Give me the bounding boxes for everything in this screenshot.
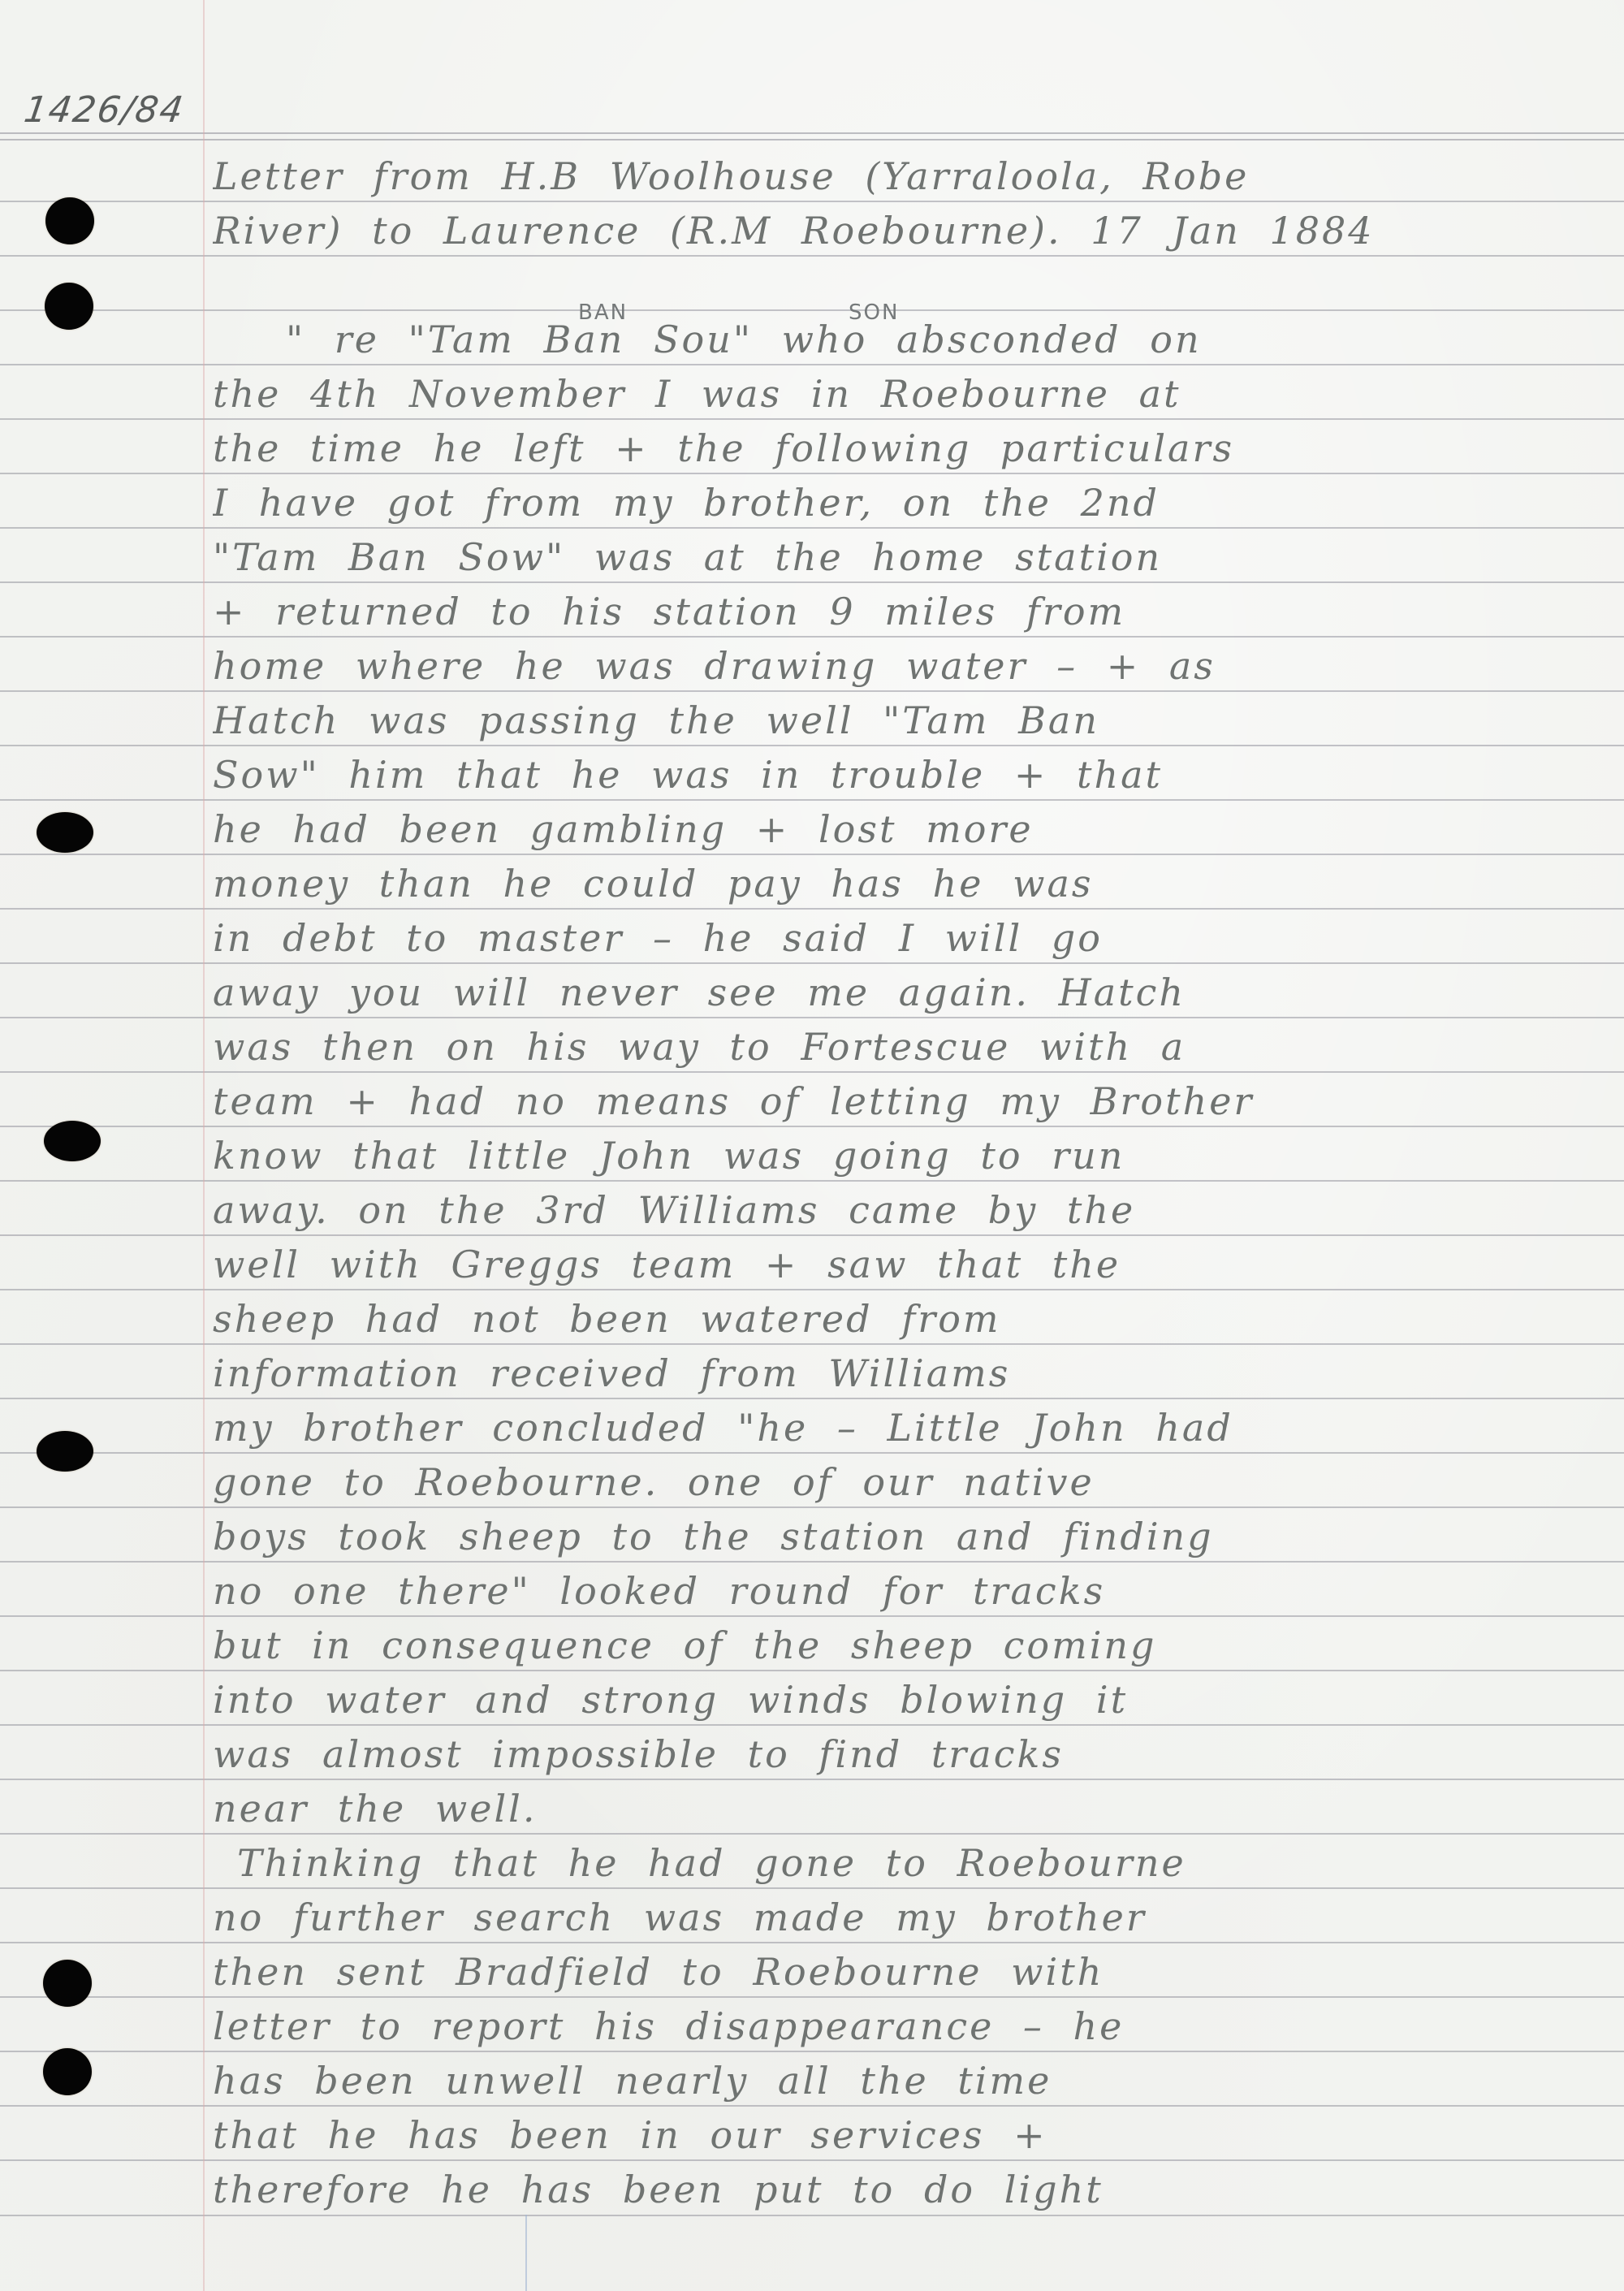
body-line: then sent Bradfield to Roebourne with	[213, 1946, 1618, 1998]
punch-hole	[45, 283, 93, 330]
punch-hole	[37, 812, 93, 853]
handwritten-letter-page: 1426/84 Letter from H.B Woolhouse (Yarra…	[0, 0, 1624, 2291]
body-line: know that little John was going to run	[213, 1130, 1618, 1182]
letter-header-line-2: River) to Laurence (R.M Roebourne). 17 J…	[213, 205, 1618, 257]
rule-line	[0, 309, 1624, 311]
body-line: therefore he has been put to do light	[213, 2163, 1618, 2215]
body-line: no one there" looked round for tracks	[213, 1565, 1618, 1617]
body-line: team + had no means of letting my Brothe…	[213, 1075, 1618, 1127]
punch-hole	[37, 1431, 93, 1472]
header-rule-top	[0, 132, 1624, 134]
body-line: "Tam Ban Sow" was at the home station	[213, 531, 1618, 583]
body-line: away. on the 3rd Williams came by the	[213, 1184, 1618, 1236]
archive-reference-number: 1426/84	[21, 89, 187, 131]
punch-hole	[44, 1121, 101, 1161]
body-line: I have got from my brother, on the 2nd	[213, 477, 1618, 529]
letter-header-line-1: Letter from H.B Woolhouse (Yarraloola, R…	[213, 150, 1618, 202]
body-line: the time he left + the following particu…	[213, 422, 1618, 474]
body-line: letter to report his disappearance – he	[213, 2000, 1618, 2052]
left-margin-line	[203, 0, 205, 2291]
body-line: he had been gambling + lost more	[213, 803, 1618, 855]
body-line: boys took sheep to the station and findi…	[213, 1511, 1618, 1563]
body-line: into water and strong winds blowing it	[213, 1674, 1618, 1726]
body-line: Hatch was passing the well "Tam Ban	[213, 694, 1618, 746]
header-rule-bottom	[0, 139, 1624, 140]
body-line: was then on his way to Fortescue with a	[213, 1021, 1618, 1073]
body-line: sheep had not been watered from	[213, 1293, 1618, 1345]
body-line: that he has been in our services +	[213, 2109, 1618, 2161]
body-line: " re "Tam Ban Sou" who absconded on	[213, 313, 1618, 365]
body-line: home where he was drawing water – + as	[213, 640, 1618, 692]
punch-hole	[45, 197, 94, 244]
punch-hole	[43, 2048, 92, 2095]
body-line: in debt to master – he said I will go	[213, 912, 1618, 964]
lower-vertical-guide	[525, 2215, 527, 2291]
body-line: was almost impossible to find tracks	[213, 1728, 1618, 1780]
body-line: money than he could pay has he was	[213, 858, 1618, 910]
body-line: information received from Williams	[213, 1347, 1618, 1399]
body-line: gone to Roebourne. one of our native	[213, 1456, 1618, 1508]
body-line: has been unwell nearly all the time	[213, 2055, 1618, 2107]
body-line-paragraph-start: Thinking that he had gone to Roebourne	[213, 1837, 1618, 1889]
body-line: well with Greggs team + saw that the	[213, 1238, 1618, 1290]
body-line: but in consequence of the sheep coming	[213, 1619, 1618, 1671]
body-line: Sow" him that he was in trouble + that	[213, 749, 1618, 801]
punch-hole	[43, 1960, 92, 2007]
body-line: my brother concluded "he – Little John h…	[213, 1402, 1618, 1454]
body-line: the 4th November I was in Roebourne at	[213, 368, 1618, 420]
body-line: near the well.	[213, 1783, 1618, 1835]
body-line: + returned to his station 9 miles from	[213, 586, 1618, 638]
body-line: no further search was made my brother	[213, 1891, 1618, 1943]
body-line: away you will never see me again. Hatch	[213, 966, 1618, 1018]
